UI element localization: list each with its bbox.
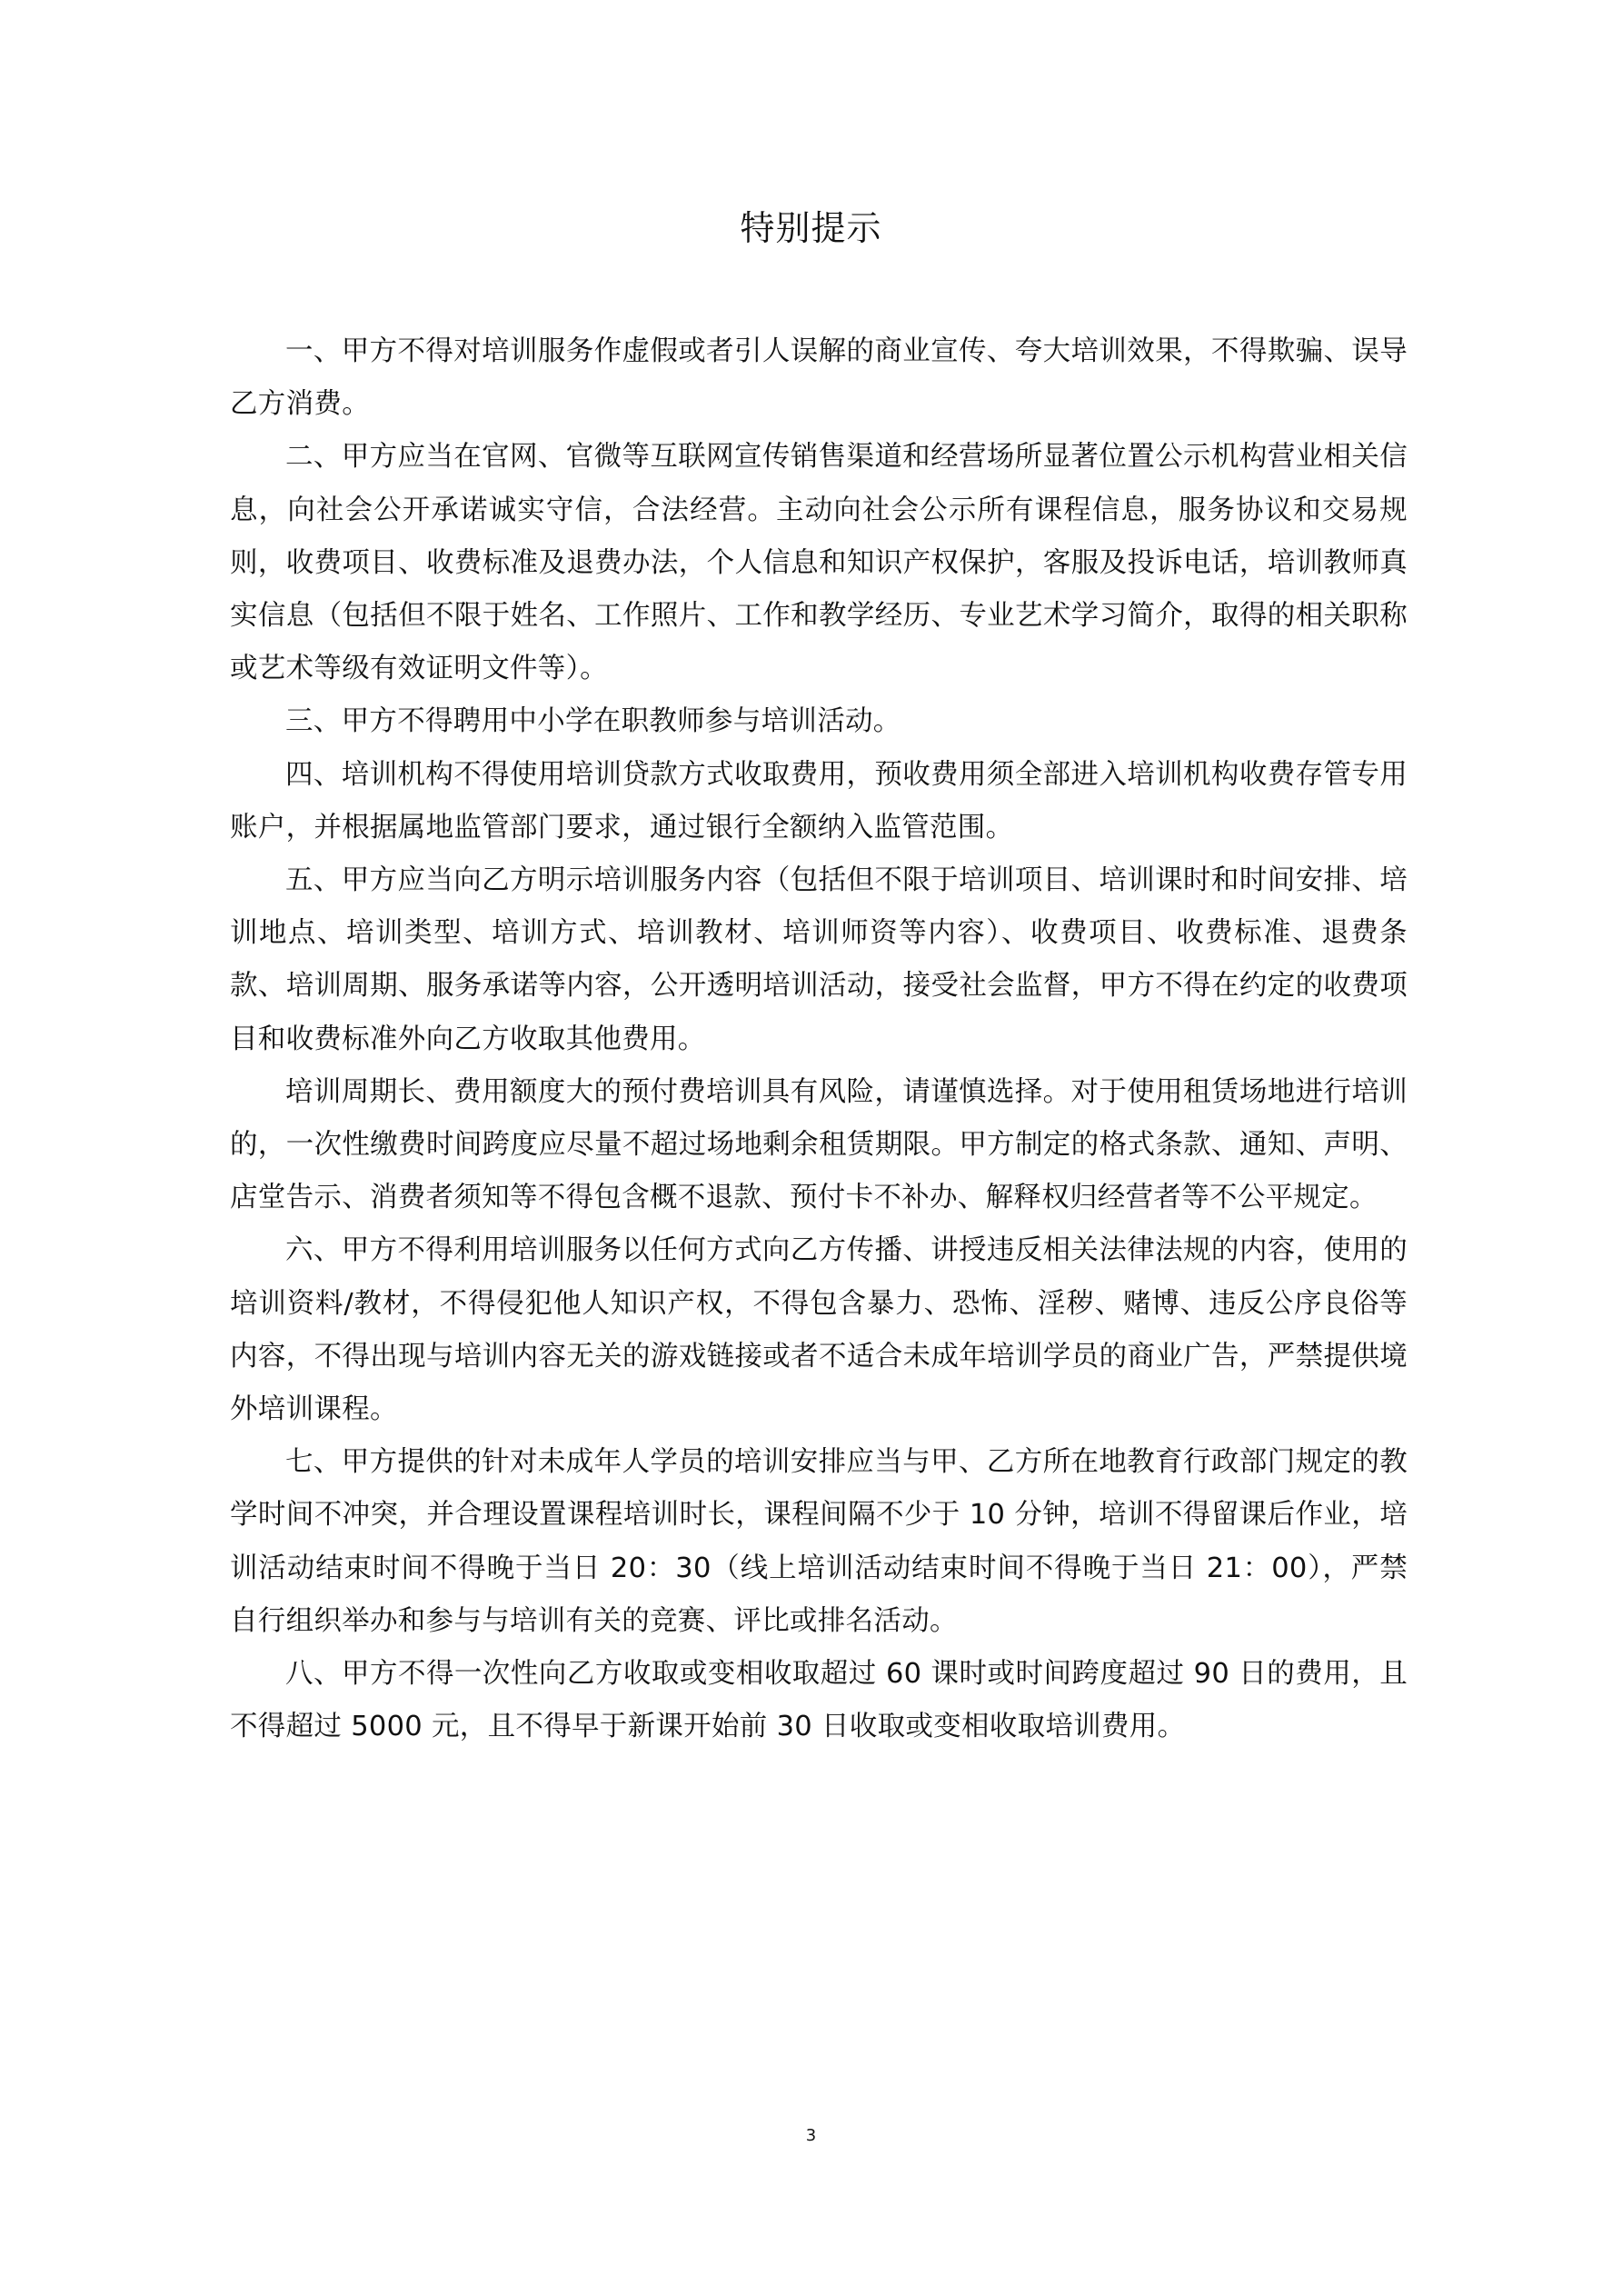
page-number: 3 <box>0 2125 1622 2147</box>
paragraph-5-service-content: 五、甲方应当向乙方明示培训服务内容（包括但不限于培训项目、培训课时和时间安排、培… <box>230 854 1408 1066</box>
paragraph-2-public-disclosure: 二、甲方应当在官网、官微等互联网宣传销售渠道和经营场所显著位置公示机构营业相关信… <box>230 431 1408 695</box>
paragraph-3-no-inservice-teachers: 三、甲方不得聘用中小学在职教师参与培训活动。 <box>230 695 1408 748</box>
paragraph-prepaid-risk: 培训周期长、费用额度大的预付费培训具有风险，请谨慎选择。对于使用租赁场地进行培训… <box>230 1066 1408 1225</box>
paragraph-8-fee-limits: 八、甲方不得一次性向乙方收取或变相收取超过 60 课时或时间跨度超过 90 日的… <box>230 1648 1408 1753</box>
document-body: 一、甲方不得对培训服务作虚假或者引人误解的商业宣传、夸大培训效果，不得欺骗、误导… <box>230 325 1408 1753</box>
paragraph-4-no-training-loans: 四、培训机构不得使用培训贷款方式收取费用，预收费用须全部进入培训机构收费存管专用… <box>230 749 1408 854</box>
document-page: 特别提示 一、甲方不得对培训服务作虚假或者引人误解的商业宣传、夸大培训效果，不得… <box>0 0 1622 2296</box>
paragraph-6-lawful-content: 六、甲方不得利用培训服务以任何方式向乙方传播、讲授违反相关法律法规的内容，使用的… <box>230 1224 1408 1436</box>
paragraph-1-false-advertising: 一、甲方不得对培训服务作虚假或者引人误解的商业宣传、夸大培训效果，不得欺骗、误导… <box>230 325 1408 431</box>
document-title: 特别提示 <box>0 205 1622 251</box>
paragraph-7-schedule-limits: 七、甲方提供的针对未成年人学员的培训安排应当与甲、乙方所在地教育行政部门规定的教… <box>230 1436 1408 1648</box>
